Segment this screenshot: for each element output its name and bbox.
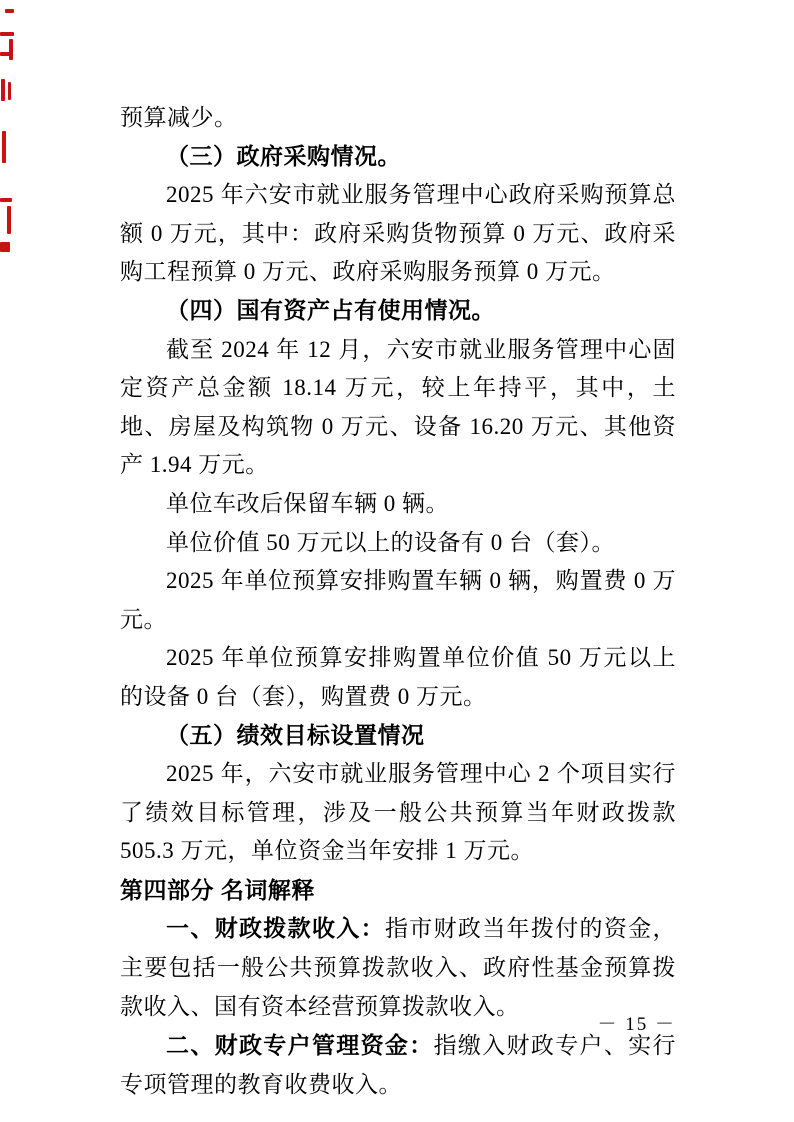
page-number: － 15 － <box>597 1012 676 1038</box>
red-edge-artifact <box>1 79 5 101</box>
part4-heading: 第四部分 名词解释 <box>120 871 676 910</box>
term-definition-1: 一、财政拨款收入：指市财政当年拨付的资金，主要包括一般公共预算拨款收入、政府性基… <box>120 909 676 1026</box>
red-edge-artifact <box>0 52 11 56</box>
red-edge-artifact <box>2 131 6 163</box>
paragraph-equipment-over50: 单位价值 50 万元以上的设备有 0 台（套）。 <box>120 524 676 563</box>
term2-label: 二、财政专户管理资金： <box>166 1032 434 1058</box>
term1-label: 一、财政拨款收入： <box>166 915 385 941</box>
term-definition-2: 二、财政专户管理资金：指缴入财政专户、实行专项管理的教育收费收入。 <box>120 1026 676 1104</box>
red-edge-artifact <box>0 32 14 36</box>
paragraph-fixed-assets: 截至 2024 年 12 月，六安市就业服务管理中心固定资产总金额 18.14 … <box>120 331 676 485</box>
paragraph-procurement: 2025 年六安市就业服务管理中心政府采购预算总额 0 万元，其中：政府采购货物… <box>120 176 676 292</box>
red-edge-artifact <box>8 82 11 100</box>
paragraph-vehicle-purchase: 2025 年单位预算安排购置车辆 0 辆，购置费 0 万元。 <box>120 562 676 639</box>
red-edge-artifact <box>5 9 14 13</box>
document-page: 预算减少。 （三）政府采购情况。 2025 年六安市就业服务管理中心政府采购预算… <box>0 0 794 1122</box>
paragraph-vehicles-kept: 单位车改后保留车辆 0 辆。 <box>120 485 676 524</box>
red-edge-artifact <box>7 206 11 234</box>
paragraph-performance-targets: 2025 年，六安市就业服务管理中心 2 个项目实行了绩效目标管理，涉及一般公共… <box>120 755 676 871</box>
paragraph-equipment-purchase: 2025 年单位预算安排购置单位价值 50 万元以上的设备 0 台（套），购置费… <box>120 639 676 716</box>
section-heading-3: （三）政府采购情况。 <box>120 138 676 177</box>
document-body: 预算减少。 （三）政府采购情况。 2025 年六安市就业服务管理中心政府采购预算… <box>120 99 676 1104</box>
red-edge-artifact <box>9 39 13 60</box>
red-edge-artifact <box>0 198 12 202</box>
paragraph-carryover: 预算减少。 <box>120 99 676 138</box>
section-heading-4: （四）国有资产占有使用情况。 <box>120 292 676 331</box>
red-edge-artifacts <box>0 0 20 280</box>
red-edge-artifact <box>0 242 10 252</box>
section-heading-5: （五）绩效目标设置情况 <box>120 717 676 756</box>
